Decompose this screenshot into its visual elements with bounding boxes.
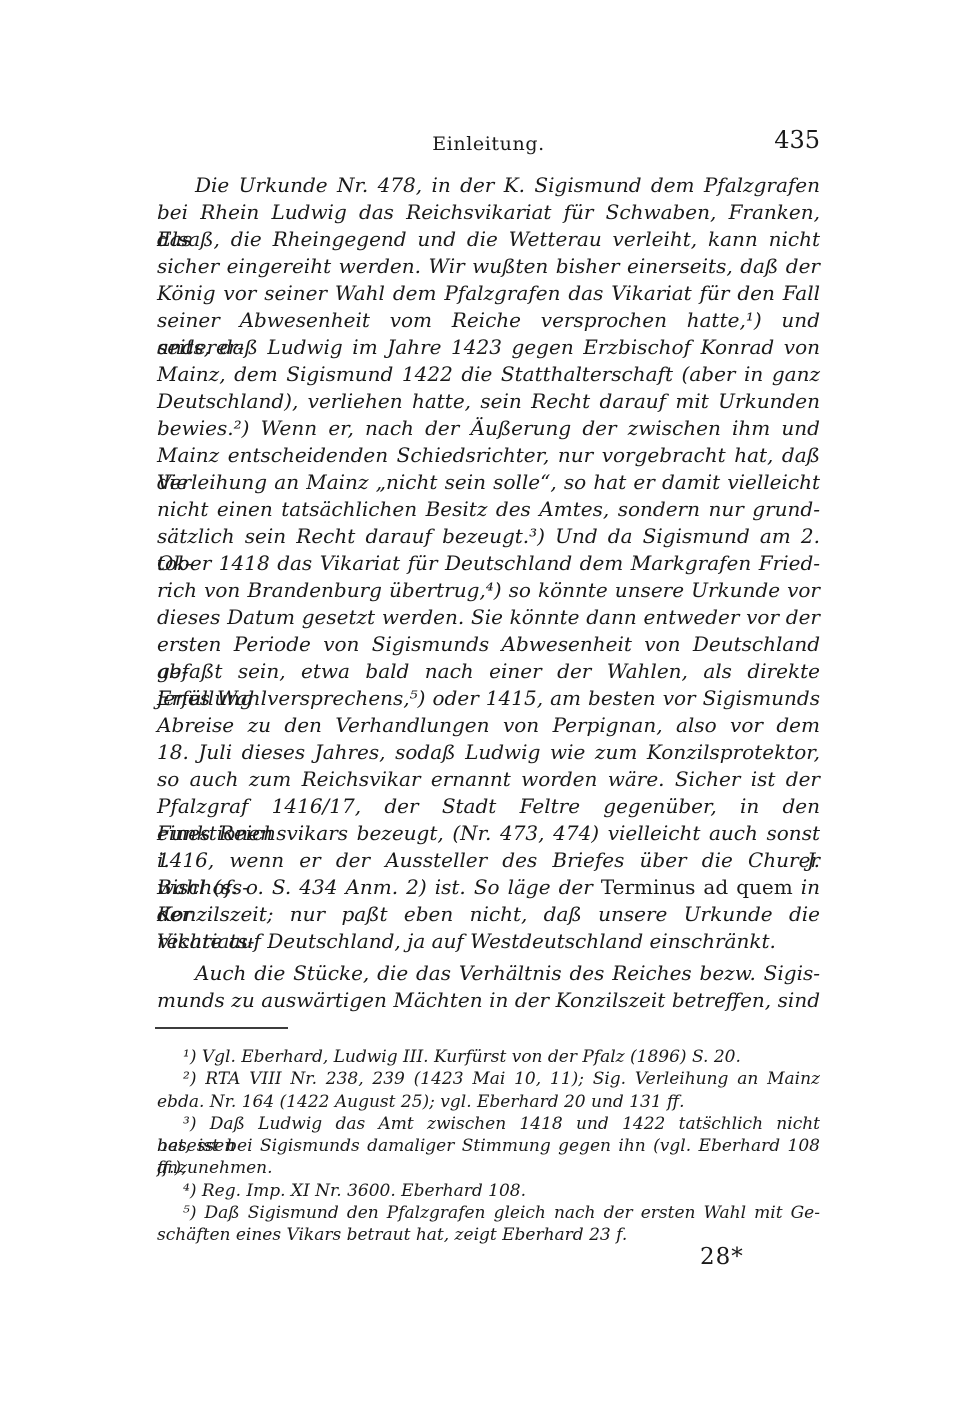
footnote: ³) Daß Ludwig das Amt zwischen 1418 und … (157, 1113, 820, 1180)
body-line: nicht einen tatsächlichen Besitz des Amt… (157, 496, 820, 523)
body-line: jenes Wahlversprechens,⁵) oder 1415, am … (157, 685, 820, 712)
body-line: sicher eingereiht werden. Wir wußten bis… (157, 253, 820, 280)
footnote: ⁴) Reg. Imp. XI Nr. 3600. Eberhard 108. (157, 1180, 820, 1202)
body-line: Auch die Stücke, die das Verhältnis des … (157, 960, 820, 987)
body-line: seits, daß Ludwig im Jahre 1423 gegen Er… (157, 334, 820, 361)
footnote-line: ⁵) Daß Sigismund den Pfalzgrafen gleich … (157, 1202, 820, 1224)
body-line: Die Urkunde Nr. 478, in der K. Sigismund… (157, 172, 820, 199)
body-line: 1416, wenn er der Aussteller des Briefes… (157, 847, 820, 874)
text-segment: wahl (s. o. S. 434 Anm. 2) ist. So läge … (157, 875, 601, 899)
page-number: 435 (774, 126, 820, 154)
footnote-line: hat, ist bei Sigismunds damaliger Stimmu… (157, 1135, 820, 1157)
footnote-separator (155, 1027, 288, 1029)
body-line: Elsaß, die Rheingegend und die Wetterau … (157, 226, 820, 253)
footnote-line: ²) RTA VIII Nr. 238, 239 (1423 Mai 10, 1… (157, 1068, 820, 1090)
book-page: Einleitung. 435 Die Urkunde Nr. 478, in … (0, 0, 960, 1412)
footnote-line: ⁴) Reg. Imp. XI Nr. 3600. Eberhard 108. (157, 1180, 820, 1202)
body-line: seiner Abwesenheit vom Reiche versproche… (157, 307, 820, 334)
body-line: 18. Juli dieses Jahres, sodaß Ludwig wie… (157, 739, 820, 766)
body-line: ersten Periode von Sigismunds Abwesenhei… (157, 631, 820, 658)
running-head: Einleitung. 435 (157, 126, 820, 160)
running-head-title: Einleitung. (157, 133, 820, 155)
footnote: ²) RTA VIII Nr. 238, 239 (1423 Mai 10, 1… (157, 1068, 820, 1113)
body-line: bei Rhein Ludwig das Reichsvikariat für … (157, 199, 820, 226)
paragraph: Die Urkunde Nr. 478, in der K. Sigismund… (157, 172, 820, 955)
body-line: Pfalzgraf 1416/17, der Stadt Feltre gege… (157, 793, 820, 820)
footnote: ¹) Vgl. Eberhard, Ludwig III. Kurfürst v… (157, 1046, 820, 1068)
body-line: Abreise zu den Verhandlungen von Perpign… (157, 712, 820, 739)
body-line: munds zu auswärtigen Mächten in der Konz… (157, 987, 820, 1014)
body-line: Konzilszeit; nur paßt eben nicht, daß un… (157, 901, 820, 928)
body-line: König vor seiner Wahl dem Pfalzgrafen da… (157, 280, 820, 307)
body-line: Deutschland), verliehen hatte, sein Rech… (157, 388, 820, 415)
footnote-line: ³) Daß Ludwig das Amt zwischen 1418 und … (157, 1113, 820, 1135)
body-line: so auch zum Reichsvikar ernannt worden w… (157, 766, 820, 793)
footnote: ⁵) Daß Sigismund den Pfalzgrafen gleich … (157, 1202, 820, 1247)
body-line: rechte auf Deutschland, ja auf Westdeuts… (157, 928, 820, 955)
body-line: eines Reichsvikars bezeugt, (Nr. 473, 47… (157, 820, 820, 847)
body-line: Verleihung an Mainz „nicht sein solle“, … (157, 469, 820, 496)
body-line: tober 1418 das Vikariat für Deutschland … (157, 550, 820, 577)
footnote-line: ebda. Nr. 164 (1422 August 25); vgl. Ebe… (157, 1091, 820, 1113)
footnote-line: ¹) Vgl. Eberhard, Ludwig III. Kurfürst v… (157, 1046, 820, 1068)
footnotes: ¹) Vgl. Eberhard, Ludwig III. Kurfürst v… (157, 1046, 820, 1247)
footnote-line: anzunehmen. (157, 1157, 820, 1179)
body-line: rich von Brandenburg übertrug,⁴) so könn… (157, 577, 820, 604)
body-line: Mainz entscheidenden Schiedsrichter, nur… (157, 442, 820, 469)
body-line: dieses Datum gesetzt werden. Sie könnte … (157, 604, 820, 631)
body-line: bewies.²) Wenn er, nach der Äußerung der… (157, 415, 820, 442)
body-line: Mainz, dem Sigismund 1422 die Statthalte… (157, 361, 820, 388)
printer-signature-mark: 28* (700, 1244, 744, 1270)
body-line: gefaßt sein, etwa bald nach einer der Wa… (157, 658, 820, 685)
paragraph: Auch die Stücke, die das Verhältnis des … (157, 960, 820, 1014)
body-line: sätzlich sein Recht darauf bezeugt.³) Un… (157, 523, 820, 550)
latin-phrase: Terminus ad quem (601, 875, 793, 899)
body-text: Die Urkunde Nr. 478, in der K. Sigismund… (157, 172, 820, 1014)
body-line: wahl (s. o. S. 434 Anm. 2) ist. So läge … (157, 874, 820, 901)
